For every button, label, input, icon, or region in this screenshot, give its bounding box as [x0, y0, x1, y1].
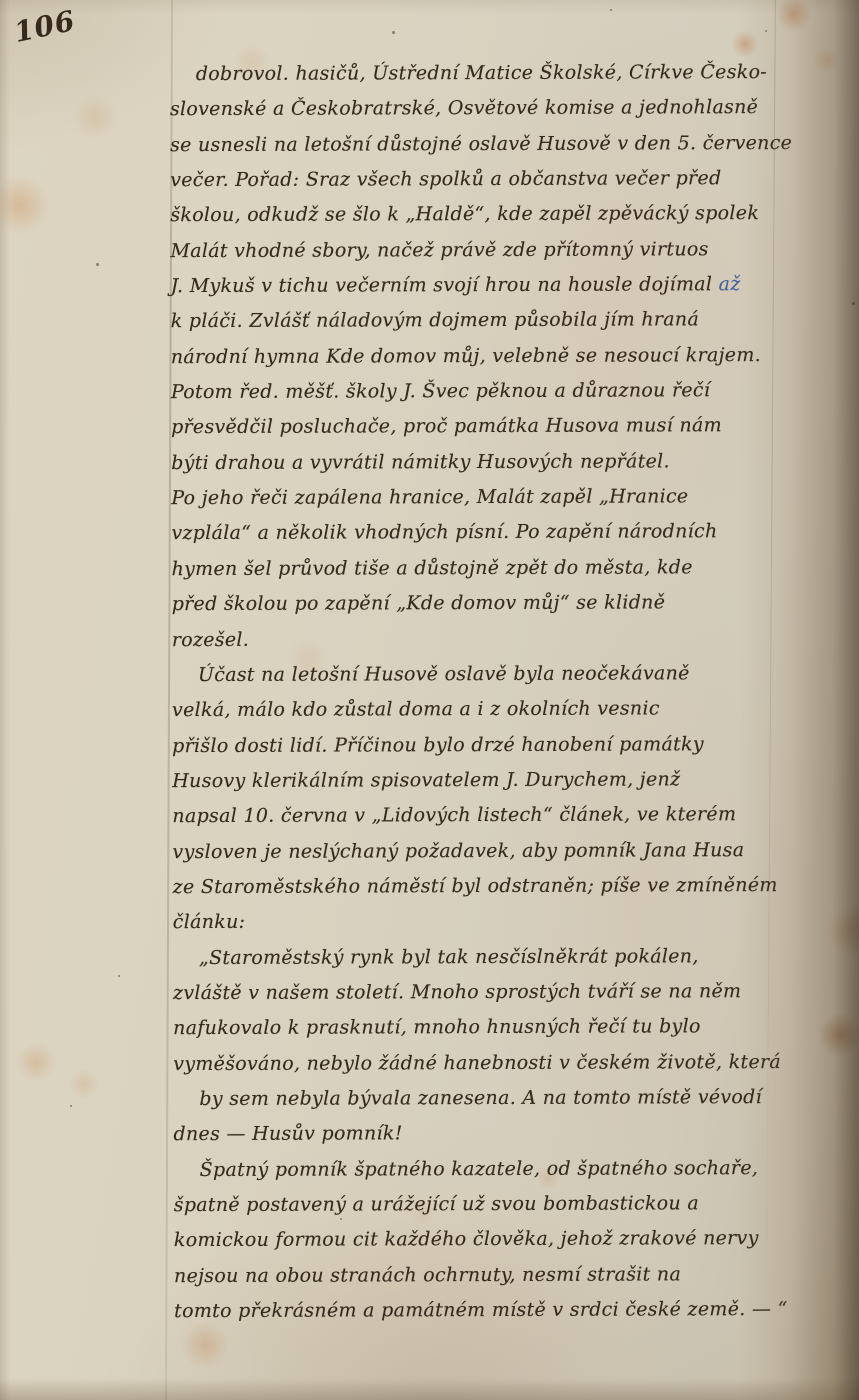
handwritten-text: ze Staroměstského náměstí byl odstraněn;…	[173, 874, 778, 898]
ink-speck	[96, 263, 99, 266]
handwritten-text: před školou po zapění „Kde domov můj“ se…	[172, 592, 666, 616]
manuscript-line: J. Mykuš v tichu večerním svojí hrou na …	[171, 273, 811, 311]
handwritten-text: Špatný pomník špatného kazatele, od špat…	[200, 1157, 759, 1181]
handwritten-text: se usnesli na letošní důstojné oslavě Hu…	[170, 132, 792, 156]
handwritten-text: Potom řed. měšť. školy J. Švec pěknou a …	[171, 379, 710, 403]
manuscript-line: Špatný pomník špatného kazatele, od špat…	[174, 1157, 814, 1195]
manuscript-text: dobrovol. hasičů, Ústřední Matice Školsk…	[170, 61, 814, 1336]
manuscript-line: velká, málo kdo zůstal doma a i z okolní…	[172, 697, 812, 735]
handwritten-text: by sem nebyla bývala zanesena. A na tomt…	[199, 1086, 762, 1110]
manuscript-line: komickou formou cit každého člověka, jeh…	[174, 1227, 814, 1265]
manuscript-line: špatně postavený a urážející už svou bom…	[174, 1192, 814, 1230]
handwritten-text: školou, odkudž se šlo k „Haldě“, kde zap…	[170, 202, 759, 226]
manuscript-line: nafukovalo k prasknutí, mnoho hnusných ř…	[173, 1015, 813, 1053]
handwritten-text: napsal 10. června v „Lidových listech“ č…	[172, 803, 736, 827]
manuscript-line: Potom řed. měšť. školy J. Švec pěknou a …	[171, 379, 811, 417]
handwritten-text: „Staroměstský rynk byl tak nesčíslněkrát…	[199, 945, 699, 969]
handwritten-text: přesvědčil posluchače, proč památka Huso…	[171, 415, 722, 439]
handwritten-text: J. Mykuš v tichu večerním svojí hrou na …	[171, 273, 719, 297]
handwritten-text: nejsou na obou stranách ochrnuty, nesmí …	[174, 1263, 681, 1287]
manuscript-line: ze Staroměstského náměstí byl odstraněn;…	[173, 874, 813, 912]
manuscript-line: vysloven je neslýchaný požadavek, aby po…	[172, 838, 812, 876]
handwritten-text: vzplála“ a několik vhodných písní. Po za…	[171, 521, 717, 545]
handwritten-text: velká, málo kdo zůstal doma a i z okolní…	[172, 698, 660, 722]
manuscript-line: vzplála“ a několik vhodných písní. Po za…	[171, 520, 811, 558]
handwritten-text: k pláči. Zvlášť náladovým dojmem působil…	[171, 309, 699, 333]
manuscript-line: Malát vhodné sbory, načež právě zde přít…	[170, 238, 810, 276]
manuscript-line: článku:	[173, 909, 813, 947]
manuscript-line: býti drahou a vyvrátil námitky Husových …	[171, 450, 811, 488]
handwritten-text: komickou formou cit každého člověka, jeh…	[174, 1227, 759, 1251]
ink-speck	[765, 30, 767, 32]
handwritten-text: vyměšováno, nebylo žádné hanebnosti v če…	[173, 1051, 781, 1075]
blue-ink-correction: až	[719, 273, 741, 295]
manuscript-scan: 106 dobrovol. hasičů, Ústřední Matice Šk…	[0, 0, 859, 1400]
handwritten-text: hymen šel průvod tiše a důstojně zpět do…	[172, 556, 693, 580]
handwritten-text: Po jeho řeči zapálena hranice, Malát zap…	[171, 485, 688, 509]
handwritten-text: zvláště v našem století. Mnoho sprostých…	[173, 980, 741, 1004]
handwritten-text: nafukovalo k prasknutí, mnoho hnusných ř…	[173, 1016, 701, 1040]
handwritten-text: článku:	[173, 911, 246, 933]
handwritten-text: tomto překrásném a památném místě v srdc…	[174, 1298, 788, 1322]
ink-speck	[610, 9, 612, 11]
manuscript-line: zvláště v našem století. Mnoho sprostých…	[173, 980, 813, 1018]
handwritten-text: býti drahou a vyvrátil námitky Husových …	[171, 450, 670, 474]
manuscript-line: tomto překrásném a památném místě v srdc…	[174, 1298, 814, 1336]
ink-speck	[852, 302, 855, 305]
manuscript-line: dobrovol. hasičů, Ústřední Matice Školsk…	[170, 61, 810, 99]
manuscript-line: školou, odkudž se šlo k „Haldě“, kde zap…	[170, 202, 810, 240]
page-number: 106	[11, 4, 78, 49]
manuscript-line: „Staroměstský rynk byl tak nesčíslněkrát…	[173, 944, 813, 982]
handwritten-text: večer. Pořad: Sraz všech spolků a občans…	[170, 167, 721, 191]
manuscript-line: napsal 10. června v „Lidových listech“ č…	[172, 803, 812, 841]
manuscript-line: k pláči. Zvlášť náladovým dojmem působil…	[171, 308, 811, 346]
manuscript-line: by sem nebyla bývala zanesena. A na tomt…	[173, 1086, 813, 1124]
manuscript-line: hymen šel průvod tiše a důstojně zpět do…	[172, 556, 812, 594]
manuscript-line: národní hymna Kde domov můj, velebně se …	[171, 344, 811, 382]
manuscript-line: přišlo dosti lidí. Příčinou bylo drzé ha…	[172, 732, 812, 770]
manuscript-line: dnes — Husův pomník!	[173, 1121, 813, 1159]
manuscript-line: přesvědčil posluchače, proč památka Huso…	[171, 414, 811, 452]
handwritten-text: Husovy klerikálním spisovatelem J. Duryc…	[172, 768, 680, 792]
manuscript-line: před školou po zapění „Kde domov můj“ se…	[172, 591, 812, 629]
ink-speck	[70, 1105, 72, 1107]
handwritten-text: přišlo dosti lidí. Příčinou bylo drzé ha…	[172, 733, 704, 757]
handwritten-text: Malát vhodné sbory, načež právě zde přít…	[170, 238, 708, 262]
handwritten-text: vysloven je neslýchaný požadavek, aby po…	[172, 839, 744, 863]
manuscript-line: večer. Pořad: Sraz všech spolků a občans…	[170, 167, 810, 205]
manuscript-line: se usnesli na letošní důstojné oslavě Hu…	[170, 132, 810, 170]
manuscript-line: Po jeho řeči zapálena hranice, Malát zap…	[171, 485, 811, 523]
handwritten-text: dnes — Husův pomník!	[173, 1123, 402, 1146]
handwritten-text: národní hymna Kde domov můj, velebně se …	[171, 344, 761, 368]
handwritten-text: špatně postavený a urážející už svou bom…	[174, 1192, 699, 1216]
manuscript-line: slovenské a Českobratrské, Osvětové komi…	[170, 96, 810, 134]
handwritten-text: rozešel.	[172, 628, 249, 650]
manuscript-line: vyměšováno, nebylo žádné hanebnosti v če…	[173, 1051, 813, 1089]
manuscript-line: rozešel.	[172, 626, 812, 664]
manuscript-line: nejsou na obou stranách ochrnuty, nesmí …	[174, 1263, 814, 1301]
handwritten-text: dobrovol. hasičů, Ústřední Matice Školsk…	[196, 61, 767, 85]
ink-speck	[392, 31, 395, 34]
handwritten-text: slovenské a Českobratrské, Osvětové komi…	[170, 96, 758, 120]
ink-speck	[118, 975, 120, 977]
manuscript-line: Husovy klerikálním spisovatelem J. Duryc…	[172, 768, 812, 806]
handwritten-text: Účast na letošní Husově oslavě byla neoč…	[198, 662, 690, 686]
manuscript-line: Účast na letošní Husově oslavě byla neoč…	[172, 662, 812, 700]
